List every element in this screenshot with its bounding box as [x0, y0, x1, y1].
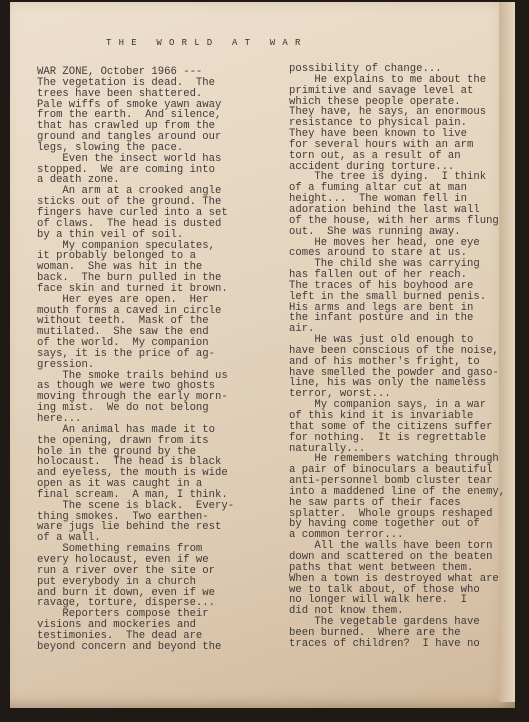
- text-line: and of his mother's fright, to: [289, 357, 505, 368]
- text-line: for nothing. It is regrettable: [289, 433, 505, 444]
- text-line: put everybody in a church: [37, 577, 234, 588]
- text-line: primitive and savage level at: [289, 86, 505, 97]
- text-line: trees have been shattered.: [37, 89, 234, 100]
- text-line: When a town is destroyed what are: [289, 574, 505, 585]
- text-line: by a thin veil of soil.: [37, 230, 234, 241]
- text-line: traces of children? I have no: [289, 639, 505, 650]
- text-line: out. She was running away.: [289, 227, 505, 238]
- text-line: The scene is black. Every-: [37, 501, 234, 512]
- text-line: gression.: [37, 360, 234, 371]
- text-line: beyond concern and beyond the: [37, 642, 234, 653]
- text-line: Her eyes are open. Her: [37, 295, 234, 306]
- text-line: the opening, drawn from its: [37, 436, 234, 447]
- text-line: he saw parts of their faces: [289, 498, 505, 509]
- column-right: possibility of change... He explains to …: [289, 64, 505, 650]
- text-line: the infant posture and in the: [289, 313, 505, 324]
- text-line: left in the small burned penis.: [289, 292, 505, 303]
- running-header: THE WORLD AT WAR: [106, 38, 308, 48]
- column-left: WAR ZONE, October 1966 ---The vegetation…: [37, 67, 234, 653]
- text-line: torn out, as a result of an: [289, 151, 505, 162]
- typewritten-page: THE WORLD AT WAR WAR ZONE, October 1966 …: [10, 2, 515, 708]
- text-line: Even the insect world has: [37, 154, 234, 165]
